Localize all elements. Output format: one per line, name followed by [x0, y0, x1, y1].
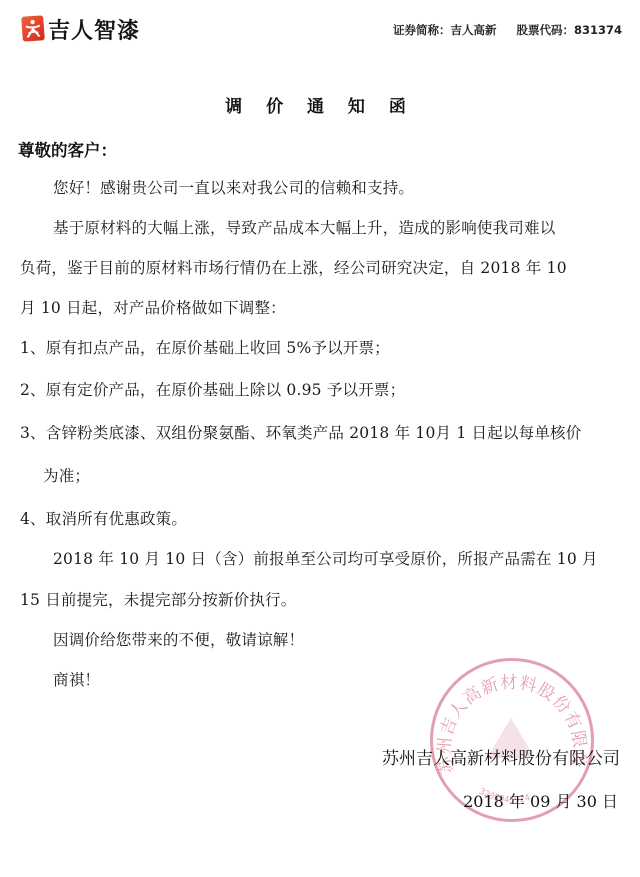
- paragraph-reason-line3: 月 10 日起，对产品价格做如下调整：: [20, 296, 286, 318]
- paragraph-reason-line1: 基于原材料的大幅上涨，导致产品成本大幅上升，造成的影响使我司难以: [53, 216, 555, 238]
- paragraph-greeting: 您好！感谢贵公司一直以来对我公司的信赖和支持。: [53, 176, 414, 198]
- paragraph-deadline-line2: 15 日前提完，未提完部分按新价执行。: [20, 588, 296, 610]
- stock-code-label: 股票代码：: [516, 22, 574, 38]
- closing: 商祺！: [53, 668, 100, 690]
- signature-date: 2018 年 09 月 30 日: [463, 789, 618, 812]
- salutation: 尊敬的客户：: [18, 137, 117, 161]
- list-item-3: 3、含锌粉类底漆、双组份聚氨酯、环氧类产品 2018 年 10月 1 日起以每单…: [20, 421, 581, 443]
- list-item-2: 2、原有定价产品，在原价基础上除以 0.95 予以开票；: [20, 378, 405, 400]
- paragraph-deadline-line1: 2018 年 10 月 10 日（含）前报单至公司均可享受原价，所报产品需在 1…: [53, 547, 598, 569]
- stock-name: 吉人高新: [450, 22, 496, 38]
- paragraph-apology: 因调价给您带来的不便，敬请谅解！: [53, 628, 304, 650]
- paragraph-reason-line2: 负荷，鉴于目前的原材料市场行情仍在上涨，经公司研究决定，自 2018 年 10: [20, 256, 567, 278]
- document-title: 调 价 通 知 函: [0, 92, 640, 117]
- brand-name: 吉人智漆: [48, 14, 140, 45]
- signature-company: 苏州吉人高新材料股份有限公司: [382, 744, 620, 769]
- list-item-1: 1、原有扣点产品，在原价基础上收回 5%予以开票；: [20, 336, 390, 358]
- stock-code: 831374: [574, 23, 622, 37]
- list-item-3-continued: 为准；: [43, 464, 90, 486]
- stock-name-label: 证券简称：: [393, 22, 451, 38]
- stock-info: 证券简称：吉人高新 股票代码：831374: [393, 22, 622, 38]
- company-logo-icon: [21, 15, 45, 41]
- list-item-4: 4、取消所有优惠政策。: [20, 507, 187, 529]
